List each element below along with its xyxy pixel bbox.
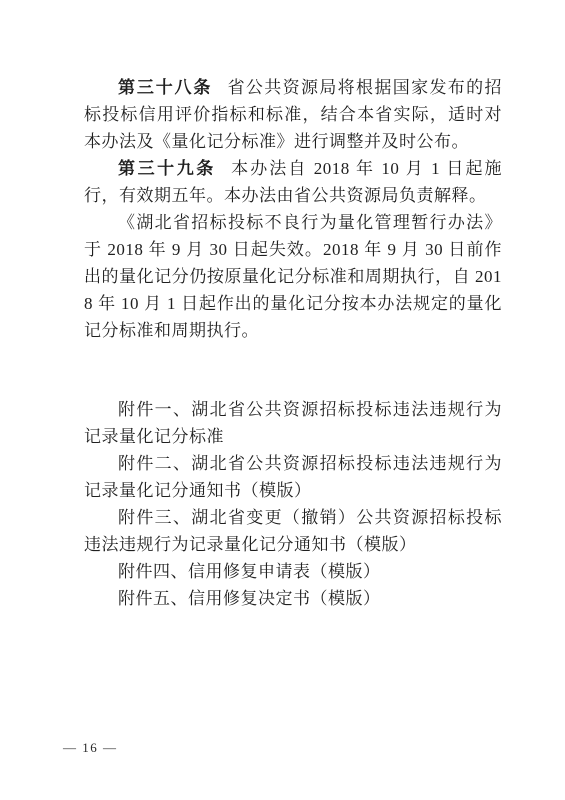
article-39-heading: 第三十九条 <box>118 159 216 178</box>
attachment-item-3: 附件三、湖北省变更（撤销）公共资源招标投标违法违规行为记录量化记分通知书（模版） <box>84 504 502 558</box>
page-number: — 16 — <box>63 740 118 756</box>
document-content: 第三十八条省公共资源局将根据国家发布的招标投标信用评价指标和标准，结合本省实际，… <box>84 74 502 612</box>
article-38-paragraph: 第三十八条省公共资源局将根据国家发布的招标投标信用评价指标和标准，结合本省实际，… <box>84 74 502 155</box>
attachment-item-5: 附件五、信用修复决定书（模版） <box>84 585 502 612</box>
attachment-item-1: 附件一、湖北省公共资源招标投标违法违规行为记录量化记分标准 <box>84 396 502 450</box>
transition-paragraph-body: 《湖北省招标投标不良行为量化管理暂行办法》于 2018 年 9 月 30 日起失… <box>84 213 502 340</box>
attachments-list: 附件一、湖北省公共资源招标投标违法违规行为记录量化记分标准 附件二、湖北省公共资… <box>84 396 502 612</box>
attachment-item-2: 附件二、湖北省公共资源招标投标违法违规行为记录量化记分通知书（模版） <box>84 450 502 504</box>
article-39-paragraph: 第三十九条本办法自 2018 年 10 月 1 日起施行，有效期五年。本办法由省… <box>84 155 502 209</box>
transition-paragraph: 《湖北省招标投标不良行为量化管理暂行办法》于 2018 年 9 月 30 日起失… <box>84 209 502 344</box>
attachment-item-4: 附件四、信用修复申请表（模版） <box>84 558 502 585</box>
document-page: 第三十八条省公共资源局将根据国家发布的招标投标信用评价指标和标准，结合本省实际，… <box>0 0 565 800</box>
article-38-heading: 第三十八条 <box>118 78 212 97</box>
